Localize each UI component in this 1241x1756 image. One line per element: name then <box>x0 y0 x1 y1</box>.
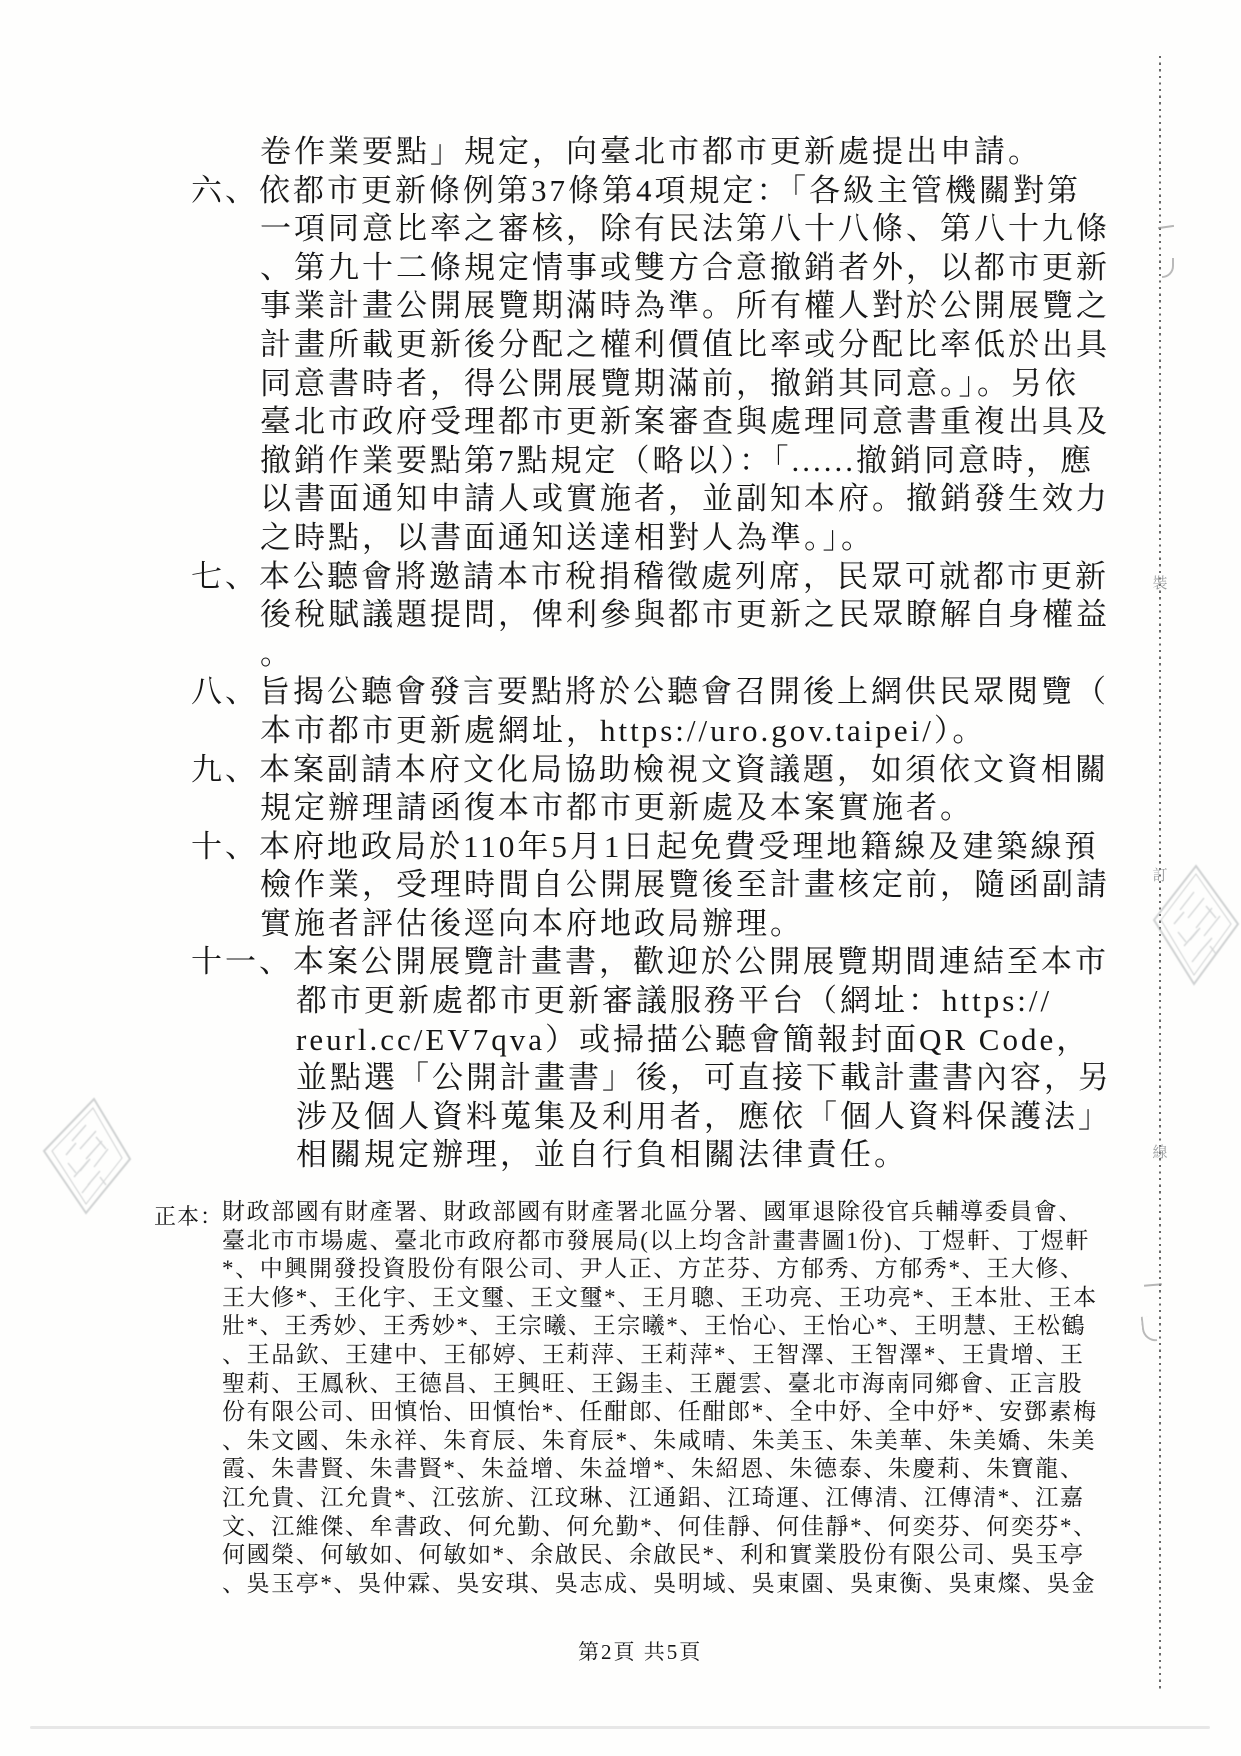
body-text-line: reurl.cc/EV7qva）或掃描公聽會簡報封面QR Code， <box>191 1021 1109 1060</box>
binding-mark-xian: 線 <box>1148 1141 1172 1162</box>
body-text-line: 之時點，以書面通知送達相對人為準。」。 <box>191 519 1109 558</box>
body-text-line: 十一、本案公開展覽計畫書，歡迎於公開展覽期間連結至本市 <box>191 943 1109 982</box>
body-text-line: 檢作業，受理時間自公開展覽後至計畫核定前，隨函副請 <box>191 866 1109 905</box>
body-text-line: 計畫所載更新後分配之權利價值比率或分配比率低於出具 <box>191 326 1109 365</box>
body-text-line: 規定辦理請函復本市都市更新處及本案實施者。 <box>191 789 1109 828</box>
recipient-line: 臺北市市場處、臺北市政府都市發展局(以上均含計畫書圖1份)、丁煜軒、丁煜軒 <box>222 1227 1122 1256</box>
recipient-line: 份有限公司、田慎怡、田慎怡*、任酣郎、任酣郎*、全中妤、全中妤*、安鄧素梅 <box>222 1398 1122 1427</box>
body-text-line: 八、旨揭公聽會發言要點將於公聽會召開後上網供民眾閱覽（ <box>191 673 1109 712</box>
recipient-line: 、王品欽、王建中、王郁婷、王莉萍、王莉萍*、王智澤、王智澤*、王貴增、王 <box>222 1341 1122 1370</box>
body-text-line: 卷作業要點」規定，向臺北市都市更新處提出申請。 <box>191 133 1109 172</box>
recipient-line: 霞、朱書賢、朱書賢*、朱益增、朱益增*、朱紹恩、朱德泰、朱慶莉、朱寶龍、 <box>222 1455 1122 1484</box>
body-text-line: 臺北市政府受理都市更新案審查與處理同意書重複出具及 <box>191 403 1109 442</box>
recipient-line: 壯*、王秀妙、王秀妙*、王宗曦、王宗曦*、王怡心、王怡心*、王明慧、王松鶴 <box>222 1312 1122 1341</box>
scan-artifact <box>1162 258 1174 278</box>
body-text-line: 相關規定辦理，並自行負相關法律責任。 <box>191 1136 1109 1175</box>
paging-seal-stamp-right <box>1150 862 1241 993</box>
body-text-line: 本市都市更新處網址，https://uro.gov.taipei/）。 <box>191 712 1109 751</box>
recipient-line: *、中興開發投資股份有限公司、尹人正、方芷芬、方郁秀、方郁秀*、王大修、 <box>222 1255 1122 1284</box>
body-text-line: 。 <box>191 635 1109 674</box>
document-page: 卷作業要點」規定，向臺北市都市更新處提出申請。六、依都市更新條例第37條第4項規… <box>0 0 1241 1756</box>
body-text-line: 十、本府地政局於110年5月1日起免費受理地籍線及建築線預 <box>191 828 1109 867</box>
body-text-line: 、第九十二條規定情事或雙方合意撤銷者外，以都市更新 <box>191 249 1109 288</box>
body-text-line: 一項同意比率之審核，除有民法第八十八條、第八十九條 <box>191 210 1109 249</box>
recipient-line: 、吳玉亭*、吳仲霖、吳安琪、吳志成、吳明域、吳東園、吳東衡、吳東燦、吳金 <box>222 1570 1122 1599</box>
body-text-line: 涉及個人資料蒐集及利用者，應依「個人資料保護法」 <box>191 1098 1109 1137</box>
body-text: 卷作業要點」規定，向臺北市都市更新處提出申請。六、依都市更新條例第37條第4項規… <box>191 133 1109 1175</box>
recipient-line: 江允貴、江允貴*、江弦旂、江玟琳、江通鋁、江琦運、江傳清、江傳清*、江嘉 <box>222 1484 1122 1513</box>
body-text-line: 後稅賦議題提問，俾利參與都市更新之民眾瞭解自身權益 <box>191 596 1109 635</box>
recipient-line: 何國榮、何敏如、何敏如*、余啟民、余啟民*、利和實業股份有限公司、吳玉亭 <box>222 1541 1122 1570</box>
recipient-list: 財政部國有財產署、財政部國有財產署北區分署、國軍退除役官兵輔導委員會、臺北市市場… <box>222 1198 1122 1598</box>
paging-seal-stamp-left <box>38 1095 134 1222</box>
recipient-line: 文、江維傑、牟書政、何允勤、何允勤*、何佳靜、何佳靜*、何奕芬、何奕芬*、 <box>222 1513 1122 1542</box>
recipient-label: 正本： <box>154 1200 223 1231</box>
body-text-line: 以書面通知申請人或實施者，並副知本府。撤銷發生效力 <box>191 480 1109 519</box>
scan-artifact <box>30 1726 1210 1729</box>
body-text-line: 六、依都市更新條例第37條第4項規定：「各級主管機關對第 <box>191 172 1109 211</box>
body-text-line: 事業計畫公開展覽期滿時為準。所有權人對於公開展覽之 <box>191 287 1109 326</box>
scan-artifact <box>1141 1315 1158 1342</box>
body-text-line: 七、本公聽會將邀請本市稅捐稽徵處列席，民眾可就都市更新 <box>191 558 1109 597</box>
page-number: 第2頁 共5頁 <box>578 1636 702 1666</box>
body-text-line: 九、本案副請本府文化局協助檢視文資議題，如須依文資相關 <box>191 751 1109 790</box>
recipient-line: 王大修*、王化宇、王文璽、王文璽*、王月聰、王功亮、王功亮*、王本壯、王本 <box>222 1284 1122 1313</box>
body-text-line: 並點選「公開計畫書」後，可直接下載計畫書內容，另 <box>191 1059 1109 1098</box>
body-text-line: 都市更新處都市更新審議服務平台（網址：https:// <box>191 982 1109 1021</box>
recipient-line: 聖莉、王鳳秋、王德昌、王興旺、王錫圭、王麗雲、臺北市海南同鄉會、正言股 <box>222 1370 1122 1399</box>
body-text-line: 撤銷作業要點第7點規定（略以）：「......撤銷同意時，應 <box>191 442 1109 481</box>
body-text-line: 同意書時者，得公開展覽期滿前，撤銷其同意。」。另依 <box>191 365 1109 404</box>
recipient-line: 、朱文國、朱永祥、朱育辰、朱育辰*、朱咸晴、朱美玉、朱美華、朱美嬌、朱美 <box>222 1427 1122 1456</box>
body-text-line: 實施者評估後逕向本府地政局辦理。 <box>191 905 1109 944</box>
recipient-line: 財政部國有財產署、財政部國有財產署北區分署、國軍退除役官兵輔導委員會、 <box>222 1198 1122 1227</box>
binding-mark-zhuang: 裝 <box>1148 572 1172 593</box>
